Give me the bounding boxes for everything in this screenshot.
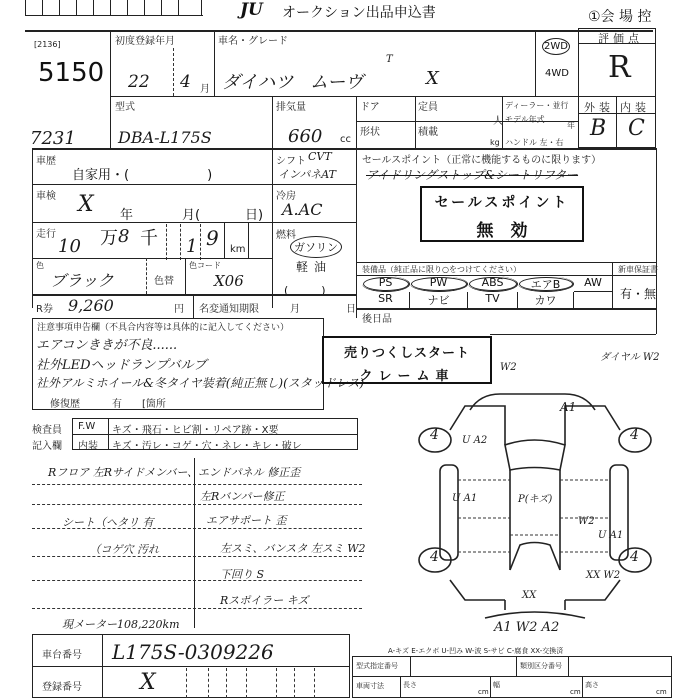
report-right-3: 左スミ、バンスタ 左スミ W2: [220, 540, 366, 556]
notes-line-2: 社外LEDヘッドランプバルブ: [36, 354, 207, 373]
color-value: ブラック: [50, 268, 114, 291]
dealer-handle: ハンドル 左・右: [505, 137, 564, 148]
fuel-option-diesel: 軽油: [296, 258, 332, 275]
mileage-sen-unit: 千: [140, 224, 158, 250]
mileage-man: 10: [58, 236, 81, 257]
lot-number: 5150: [38, 58, 104, 88]
equipment-manual-value: 有・無: [620, 285, 656, 302]
fw-items: キズ・飛石・ヒビ割・リペア跡・X要: [112, 421, 278, 436]
fuel-option-gasoline: ガソリン: [290, 236, 342, 258]
tire-front-right: 4: [630, 427, 639, 443]
ac-value: A.AC: [282, 200, 322, 219]
load-label: 積載: [418, 123, 438, 138]
type-designation-label: 型式指定番号: [356, 661, 398, 671]
recycle-unit: 円: [174, 300, 184, 315]
lot-code: [2136]: [34, 40, 61, 49]
name-change-label: 名変通知期限: [199, 300, 259, 315]
equip-leather: カワ: [518, 292, 574, 308]
diagram-label-left-door: U A1: [452, 493, 477, 504]
chassis-value: L175S-0309226: [112, 640, 274, 664]
grade-overall: R: [608, 50, 631, 85]
equipment-grid: PS PW ABS エアB AW SR ナビ TV カワ: [362, 276, 612, 308]
report-left-3: シート（ヘタリ 有: [62, 514, 154, 530]
inspector-label2: 記入欄: [32, 437, 62, 452]
equip-navi: ナビ: [410, 292, 468, 308]
width-label: 幅: [493, 680, 500, 690]
copy-label: ①会 場 控: [588, 6, 651, 26]
usage-value: 自家用・( ): [72, 164, 212, 183]
mileage-unit: km: [230, 244, 246, 255]
equip-aw: AW: [574, 276, 612, 292]
displacement-value: 660: [288, 126, 322, 147]
name-change-day: 日: [346, 300, 356, 315]
lot-side-number: 7231: [30, 128, 76, 149]
model-maker: ダイハツ: [222, 68, 293, 94]
diagram-label-right-w2: W2: [578, 516, 595, 527]
sales-point-label: セールスポイント（正常に機能するものに限ります）: [362, 151, 601, 166]
equip-abs: ABS: [468, 276, 518, 292]
registration-value: X: [140, 670, 156, 695]
recycle-label: R券: [36, 300, 53, 315]
notes-line-3: 社外アルミホイール&冬タイヤ装着(純正無し)(スタッドレス): [36, 374, 364, 391]
registration-label: 登録番号: [42, 678, 82, 693]
report-left-4: （コゲ穴 汚れ: [62, 541, 159, 557]
interior-inspect-items: キズ・汚レ・コゲ・穴・ネレ・キレ・破レ: [112, 437, 302, 452]
model-label: 車名・グレード: [218, 32, 288, 47]
mileage-sen: 8: [118, 226, 129, 247]
lot-number-boxes: [25, 0, 203, 16]
tire-front-left: 4: [430, 427, 439, 443]
report-right-5: Rスポイラー キズ: [220, 592, 309, 608]
inspection-month-unit: 月(: [182, 204, 200, 223]
diagram-label-front-left: U A2: [462, 435, 487, 446]
dealer-model-year: モデル年式: [505, 114, 545, 125]
first-reg-year: 22: [128, 72, 150, 92]
height-unit: cm: [656, 688, 667, 696]
report-right-1: 左Rバンパー修正: [200, 488, 285, 504]
repair-parts-label: [箇所: [142, 395, 166, 410]
height-label: 高さ: [585, 680, 599, 690]
report-right-4: 下回り S: [220, 566, 264, 582]
model-name: ムーヴ: [310, 68, 363, 94]
equip-pw: PW: [410, 276, 468, 292]
length-label: 長さ: [403, 680, 417, 690]
width-unit: cm: [570, 688, 581, 696]
chassis-label: 車台番号: [42, 646, 82, 661]
dealer-label: ディーラー・並行: [505, 100, 568, 111]
color-code-value: X06: [214, 272, 244, 290]
displacement-label: 排気量: [276, 98, 306, 113]
model-note: T: [386, 54, 393, 65]
grade-interior: C: [628, 116, 645, 141]
equipment-manual-label: 新車保証書: [618, 264, 658, 275]
sales-point-void-stamp: セールスポイント 無 効: [420, 186, 584, 242]
type-label: 型式: [115, 98, 135, 113]
report-left-1: Rフロア 左Rサイドメンバー、エンドパネル 修正歪: [48, 464, 300, 480]
fuel-label: 燃料: [276, 226, 296, 241]
inspection-value: X: [78, 192, 94, 217]
equipment-label: 装備品（純正品に限り○をつけてください）: [362, 264, 521, 275]
shift-value: CVT: [308, 150, 332, 163]
first-reg-month-unit: 月: [200, 80, 210, 95]
sales-point-crossed: アイドリングストップ&シートリフター: [366, 166, 578, 183]
repair-history-label: 修復歴: [50, 395, 80, 410]
drive-4wd: 4WD: [545, 68, 569, 79]
tire-rear-left: 4: [430, 549, 439, 565]
diagram-label-center: P(キズ): [518, 490, 552, 505]
later-items-label: 後日品: [362, 310, 392, 325]
sales-point-stamp-line2: 無 効: [422, 216, 582, 241]
diagram-label-hood: A1: [560, 400, 576, 414]
equip-blank: [574, 292, 612, 308]
recycle-value: 9,260: [68, 296, 114, 315]
equip-airbag: エアB: [518, 276, 574, 292]
color-change-label: 色替: [154, 272, 174, 287]
capacity-label: 定員: [418, 98, 438, 113]
ju-logo: JU: [240, 0, 263, 20]
inspection-label: 車検: [36, 187, 56, 202]
equip-sr: SR: [362, 292, 410, 308]
first-reg-month: 4: [180, 72, 191, 92]
odometer-note: 現メーター108,220km: [62, 616, 180, 632]
dealer-year-unit: 年: [567, 120, 575, 131]
classification-label: 類別区分番号: [520, 661, 562, 671]
diagram-label-roof: W2: [500, 362, 517, 373]
mileage-hundreds: 1: [186, 236, 197, 257]
first-reg-label: 初度登録年月: [115, 32, 175, 47]
door-label: ドア: [360, 98, 380, 113]
name-change-month: 月: [290, 300, 300, 315]
length-unit: cm: [478, 688, 489, 696]
displacement-unit: cc: [340, 134, 351, 145]
model-grade: X: [426, 68, 439, 89]
mileage-tens: 9: [206, 226, 219, 250]
usage-label: 車歴: [36, 152, 56, 167]
repair-history-value: 有: [112, 395, 122, 410]
inspection-year-unit: 年: [120, 204, 133, 223]
diagram-label-windshield: ダイヤル W2: [600, 348, 660, 363]
grade-exterior: B: [590, 116, 606, 141]
color-code-label: 色コード: [189, 260, 221, 271]
shape-label: 形状: [360, 123, 380, 138]
mileage-label: 走行: [36, 225, 56, 240]
type-value: DBA-L175S: [118, 128, 212, 147]
diagram-legend: A-キズ E-エクボ U-凹み W-波 S-サビ C-腐食 XX-交換済: [388, 646, 563, 656]
diagram-label-rear-right: XX W2: [586, 570, 620, 581]
sales-point-stamp-line1: セールスポイント: [422, 192, 582, 212]
notes-label: 注意事項申告欄（不具合内容等は具体的に記入してください）: [37, 320, 289, 333]
size-label: 車両寸法: [356, 681, 384, 691]
inspection-day-unit: 日): [245, 204, 263, 223]
diagram-label-rear: XX: [522, 590, 536, 601]
color-label: 色: [36, 260, 44, 271]
diagram-label-bumper: A1 W2 A2: [494, 620, 559, 635]
form-title: オークション出品申込書: [282, 2, 436, 22]
load-unit: kg: [490, 138, 500, 147]
report-right-2: エアサポート 歪: [206, 512, 287, 528]
equip-ps: PS: [362, 276, 410, 292]
tire-rear-right: 4: [630, 549, 639, 565]
fw-label: F.W: [78, 421, 95, 432]
stamp-right-line1: 売りつくしスタート: [324, 342, 490, 361]
equip-tv: TV: [468, 292, 518, 308]
inspector-label1: 検査員: [32, 421, 62, 436]
shift-label: シフト: [276, 152, 306, 167]
shift-value2: インパネAT: [278, 166, 336, 182]
notes-line-1: エアコンききが不良......: [36, 334, 177, 353]
drive-2wd: 2WD: [542, 38, 570, 55]
interior-inspect-label: 内装: [78, 437, 98, 452]
diagram-label-right-door: U A1: [598, 530, 623, 541]
mileage-man-unit: 万: [100, 224, 118, 250]
